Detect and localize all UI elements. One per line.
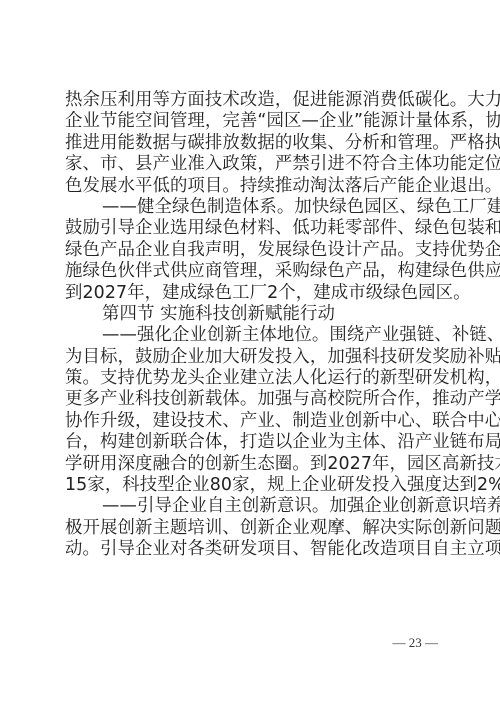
text-line: 绿色产品企业自我声明，发展绿色设计产品。支持优势企业实 [65, 240, 437, 261]
subsection-heading-innovation-subject: ——强化企业创新主体地位。围绕产业强链、补链、扩链 [65, 325, 437, 346]
text-line: 推进用能数据与碳排放数据的收集、分析和管理。严格执行国 [65, 133, 437, 154]
text-line: 更多产业科技创新载体。加强与高校院所合作，推动产学研用 [65, 389, 437, 410]
text-line: 施绿色伙伴式供应商管理，采购绿色产品，构建绿色供应链。 [65, 261, 437, 282]
text-line: 热余压利用等方面技术改造，促进能源消费低碳化。大力支持 [65, 90, 437, 111]
text-line: 家、市、县产业准入政策，严禁引进不符合主体功能定位、绿 [65, 154, 437, 175]
text-line: 学研用深度融合的创新生态圈。到2027年，园区高新技术企业 [65, 454, 437, 475]
text-line: 极开展创新主题培训、创新企业观摩、解决实际创新问题等活 [65, 518, 437, 539]
text-line: 动。引导企业对各类研发项目、智能化改造项目自主立项，推 [65, 539, 437, 560]
text-line: 色发展水平低的项目。持续推动淘汰落后产能企业退出。 [65, 176, 437, 197]
body-text: 热余压利用等方面技术改造，促进能源消费低碳化。大力支持 企业节能空间管理，完善“… [65, 90, 437, 561]
text-line: 企业节能空间管理，完善“园区—企业”能源计量体系，协同 [65, 111, 437, 132]
text-line: 鼓励引导企业选用绿色材料、低功耗零部件、绿色包装和开展 [65, 218, 437, 239]
text-line: 15家，科技型企业80家，规上企业研发投入强度达到2%。 [65, 475, 437, 496]
text-line: 协作升级，建设技术、产业、制造业创新中心、联合中心等平 [65, 411, 437, 432]
document-page: 热余压利用等方面技术改造，促进能源消费低碳化。大力支持 企业节能空间管理，完善“… [0, 0, 500, 707]
subsection-heading-green-manufacturing: ——健全绿色制造体系。加快绿色园区、绿色工厂建设。 [65, 197, 437, 218]
section-heading: 第四节 实施科技创新赋能行动 [65, 304, 437, 325]
subsection-heading-innovation-awareness: ——引导企业自主创新意识。加强企业创新意识培养，积 [65, 496, 437, 517]
text-line: 为目标，鼓励企业加大研发投入，加强科技研发奖励补贴政 [65, 347, 437, 368]
text-line: 到2027年，建成绿色工厂2个，建成市级绿色园区。 [65, 283, 437, 304]
page-number: — 23 — [390, 635, 438, 651]
text-line: 策。支持优势龙头企业建立法人化运行的新型研发机构，培育 [65, 368, 437, 389]
text-line: 台，构建创新联合体，打造以企业为主体、沿产业链布局、产 [65, 432, 437, 453]
